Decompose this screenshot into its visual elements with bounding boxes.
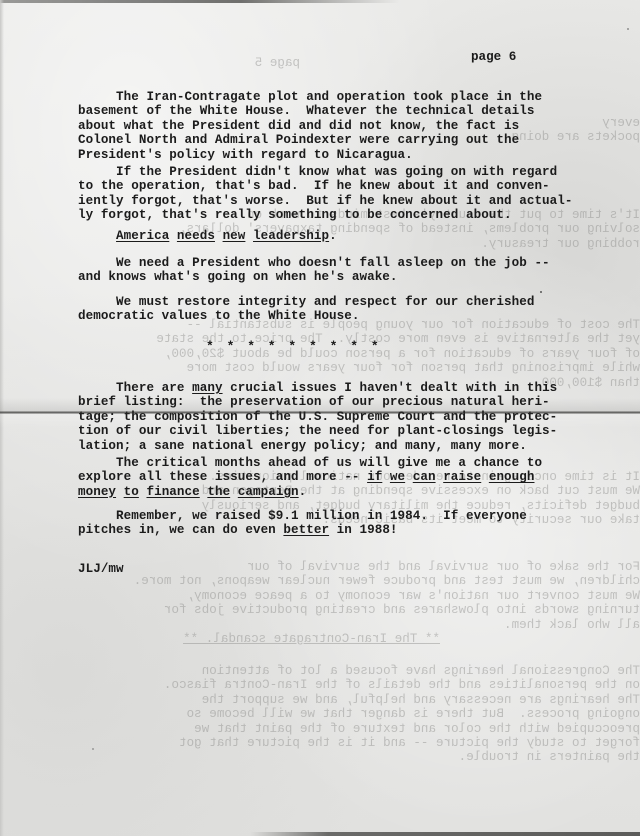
paragraph-president-knowledge: If the President didn't know what was go… — [78, 165, 558, 223]
paragraph-asleep-on-job: We need a President who doesn't fall asl… — [78, 256, 558, 285]
paper-speck — [627, 28, 629, 30]
section-separator: * * * * * * * * * — [206, 340, 381, 354]
bleedthrough-section-title: ** The Iran-Contragate scandal. ** — [200, 632, 440, 646]
page-top-edge — [0, 0, 400, 3]
paragraph-new-leadership: America needs new leadership. — [78, 229, 558, 243]
page-bottom-edge — [250, 832, 640, 836]
page-number: page 6 — [471, 50, 516, 64]
page-left-edge — [0, 0, 4, 836]
paper-speck — [92, 748, 94, 750]
paragraph-restore-integrity: We must restore integrity and respect fo… — [78, 295, 558, 324]
paragraph-fundraising: Remember, we raised $9.1 million in 1984… — [78, 509, 558, 538]
paragraph-critical-months: The critical months ahead of us will giv… — [78, 456, 558, 499]
typist-initials: JLJ/mw — [78, 562, 558, 576]
paragraph-crucial-issues: There are many crucial issues I haven't … — [78, 381, 558, 453]
bleedthrough-block-6: The Congressional hearings have focused … — [100, 664, 640, 765]
paper-speck — [540, 291, 542, 293]
scanned-document-page: page 5 every pockets are doing It's time… — [0, 0, 640, 836]
paragraph-iran-contragate: The Iran-Contragate plot and operation t… — [78, 90, 558, 162]
bleedthrough-page-label: page 5 — [180, 56, 300, 70]
